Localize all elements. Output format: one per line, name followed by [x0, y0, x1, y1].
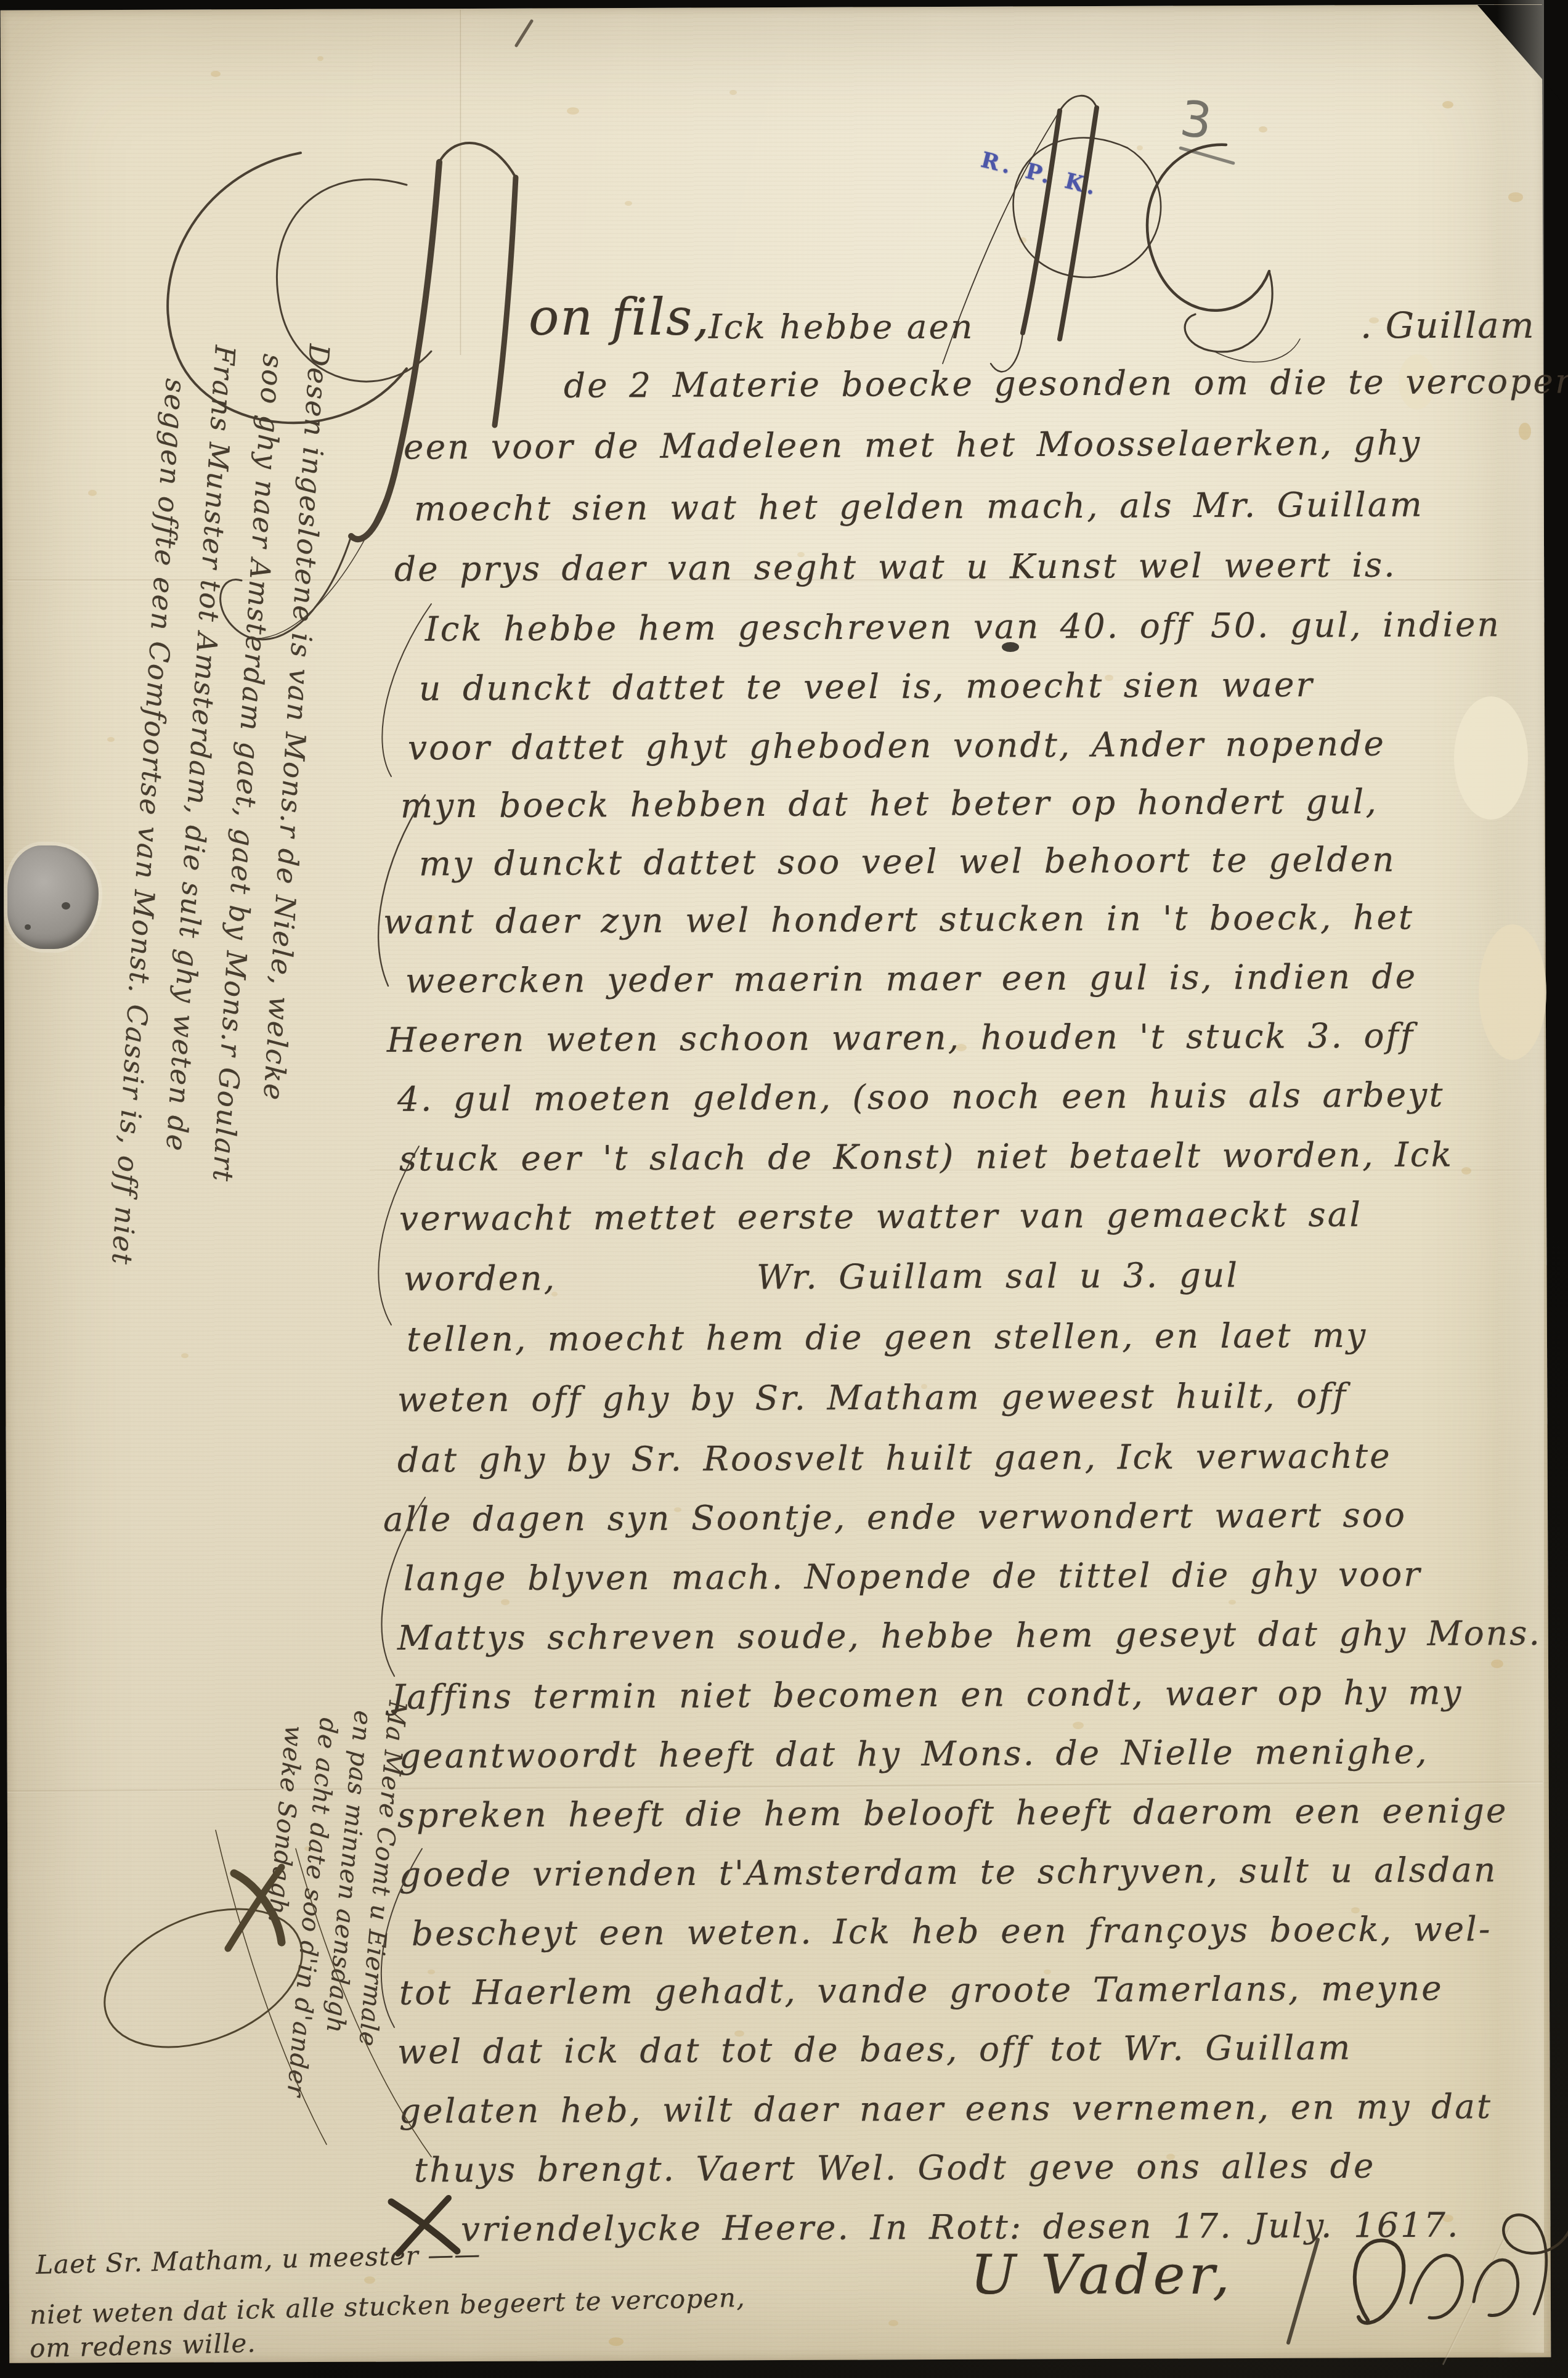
letter-line: geantwoordt heeft dat hy Mons. de Nielle… [399, 1732, 1429, 1775]
letter-line: want daer zyn wel hondert stucken in 't … [383, 897, 1414, 941]
addressee-name: . Guillam [1360, 304, 1535, 346]
letter-line: stuck eer 't slach de Konst) niet betael… [399, 1134, 1453, 1178]
letter-line: voor dattet ghyt gheboden vondt, Ander n… [408, 724, 1386, 768]
letter-line: de 2 Materie boecke gesonden om die te v… [564, 361, 1568, 405]
letter-line: weercken yeder maerin maer een gul is, i… [405, 956, 1418, 1000]
salutation-text: on fils, [529, 288, 710, 347]
letter-line: weten off ghy by Sr. Matham geweest huil… [397, 1376, 1347, 1420]
letter-line: dat ghy by Sr. Roosvelt huilt gaen, Ick … [397, 1436, 1392, 1480]
letter-line: wel dat ick dat tot de baes, off tot Wr.… [397, 2028, 1352, 2072]
letter-line: Jaffins termin niet becomen en condt, wa… [391, 1672, 1463, 1717]
damage-speck [25, 924, 31, 930]
letter-line: de prys daer van seght wat u Kunst wel w… [394, 545, 1397, 588]
letter-line: Heeren weten schoon waren, houden 't stu… [387, 1016, 1415, 1059]
pen-flourish-bottom-left [37, 1775, 505, 2218]
father-signature-monogram [1331, 2197, 1568, 2363]
letter-line: u dunckt dattet te veel is, moecht sien … [419, 665, 1314, 708]
postscript-line: om redens wille. [29, 2328, 256, 2364]
closing-valediction: U Vader, [970, 2243, 1233, 2307]
letter-line: goede vrienden t'Amsterdam te schryven, … [399, 1850, 1498, 1894]
letter-line: 4. gul moeten gelden, (soo noch een huis… [397, 1075, 1445, 1118]
letter-line: myn boeck hebben dat het beter op honder… [400, 782, 1378, 826]
letter-line: gelaten heb, wilt daer naer eens verneme… [399, 2087, 1492, 2131]
letter-line: Ick hebbe hem geschreven van 40. off 50.… [425, 605, 1501, 649]
letter-line: Mattys schreven soude, hebbe hem geseyt … [397, 1613, 1542, 1658]
letter-line: een voor de Madeleen met het Moosselaerk… [404, 423, 1422, 466]
letter-line: tot Haerlem gehadt, vande groote Tamerla… [399, 1968, 1444, 2012]
manuscript-photo: 3 R. P. K. on fils, Ick hebbe aen . Guil… [0, 0, 1568, 2378]
letter-line: thuys brengt. Vaert Wel. Godt geve ons a… [414, 2146, 1376, 2190]
letter-line: bescheyt een weten. Ick heb een françoys… [412, 1909, 1492, 1953]
letter-line: vriendelycke Heere. In Rott: desen 17. J… [461, 2205, 1460, 2249]
letter-line: alle dagen syn Soontje, ende verwondert … [383, 1495, 1407, 1539]
damage-speck [62, 902, 70, 910]
letter-line: moecht sien wat het gelden mach, als Mr.… [414, 484, 1424, 528]
letter-line: spreken heeft die hem belooft heeft daer… [397, 1791, 1508, 1835]
letter-line: tellen, moecht hem die geen stellen, en … [407, 1316, 1367, 1359]
letter-line: worden, Wr. Guillam sal u 3. gul [404, 1255, 1239, 1298]
letter-line: verwacht mettet eerste watter van gemaec… [399, 1195, 1362, 1239]
letter-line: lange blyven mach. Nopende de tittel die… [404, 1554, 1422, 1598]
letter-line: my dunckt dattet soo veel wel behoort te… [419, 840, 1396, 884]
